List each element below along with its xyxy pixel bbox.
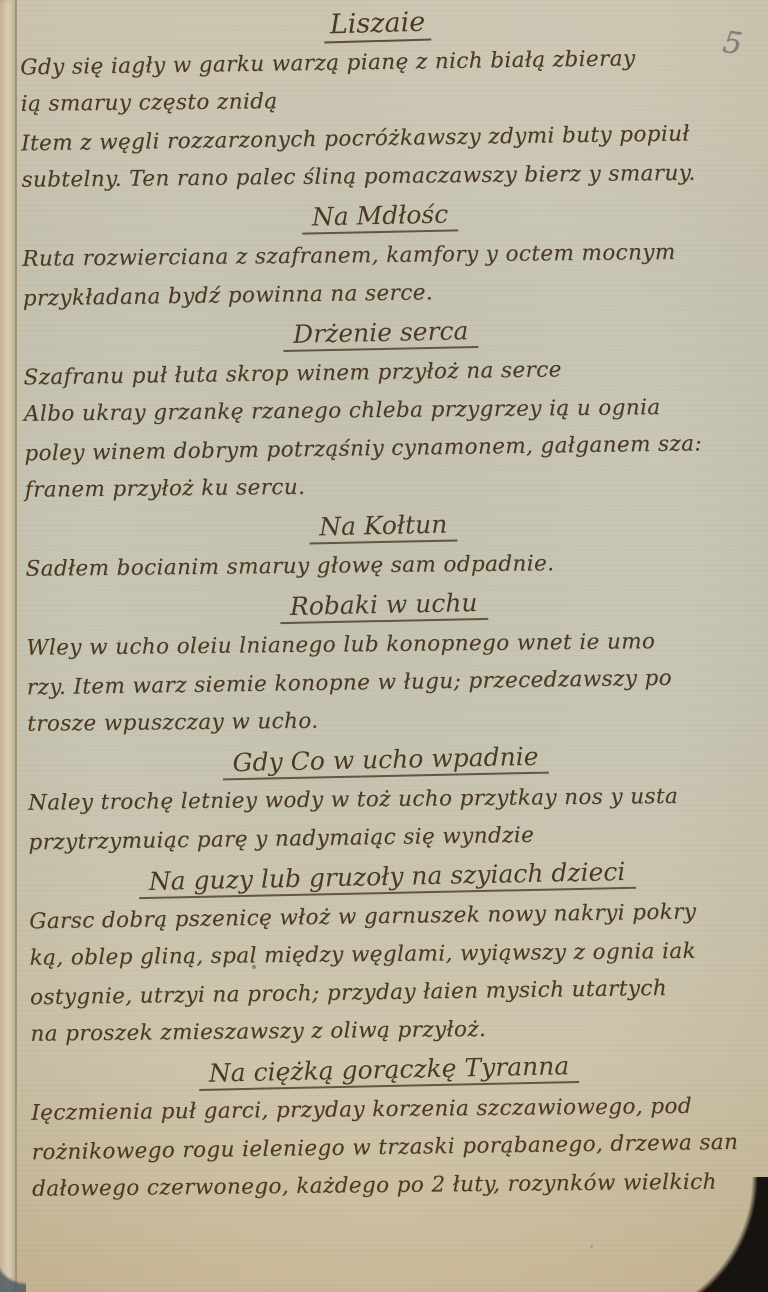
section-heading: Na Mdłośc — [22, 197, 738, 236]
section-heading-text: Drżenie serca — [283, 316, 479, 352]
binding-edge — [0, 0, 17, 1292]
section-heading: Gdy Co w ucho wpadnie — [27, 741, 743, 780]
section-heading-text: Na guzy lub gruzoły na szyiach dzieci — [138, 857, 635, 899]
section-heading-text: Robaki w uchu — [280, 588, 488, 624]
section-heading-text: Gdy Co w ucho wpadnie — [222, 742, 549, 781]
section-heading-text: Na ciężką gorączkę Tyranna — [198, 1051, 579, 1091]
section-heading: Na guzy lub gruzoły na szyiach dzieci — [29, 858, 745, 897]
ink-speck — [590, 1245, 593, 1248]
manuscript-line: Sadłem bocianim smaruy głowę sam odpadni… — [25, 543, 741, 588]
section-heading: Drżenie serca — [23, 314, 739, 353]
page-corner-shadow-left — [0, 1252, 26, 1292]
manuscript-page: 5 Liszaie Gdy się iagły w garku warzą pi… — [0, 0, 768, 1292]
ink-speck — [118, 640, 121, 643]
section-heading: Na ciężką gorączkę Tyranna — [31, 1051, 747, 1090]
ink-speck — [252, 965, 256, 969]
section-heading-text: Na Mdłośc — [301, 199, 458, 234]
page-title-text: Liszaie — [324, 7, 432, 44]
section-heading-text: Na Kołtun — [309, 509, 458, 544]
section-heading: Na Kołtun — [25, 507, 741, 546]
section-heading: Robaki w uchu — [26, 586, 742, 625]
page-corner-shadow — [608, 1177, 768, 1292]
manuscript-content: Liszaie Gdy się iagły w garku warzą pian… — [20, 4, 748, 1208]
sections: Gdy się iagły w garku warzą pianę z nich… — [20, 40, 748, 1208]
